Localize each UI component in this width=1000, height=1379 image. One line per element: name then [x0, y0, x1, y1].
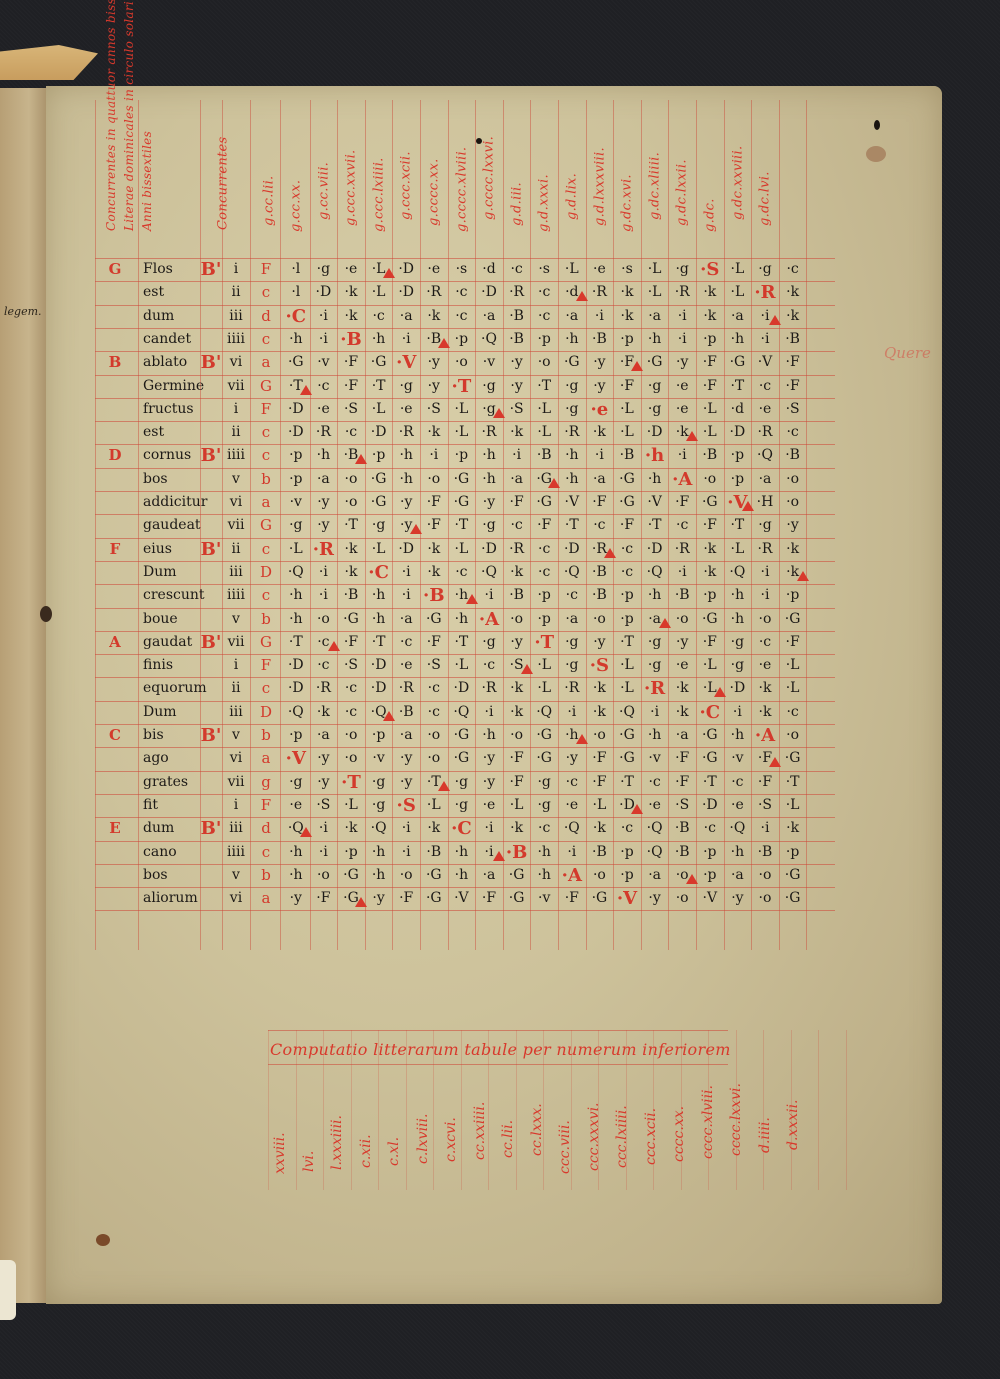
table-cell: ·S [779, 398, 807, 421]
table-cell: ·B [751, 841, 779, 864]
table-cell: ·k [337, 281, 365, 304]
concurrent-letter: F [252, 654, 280, 677]
footer-number-label: ccc.viii. [557, 1120, 573, 1174]
table-cell: ·o [448, 351, 476, 374]
footer-number-label: xxviii. [272, 1132, 288, 1174]
table-cell: ·L [448, 538, 476, 561]
table-cell: ·T [613, 771, 641, 794]
column-header: g.dc.lvi. [754, 95, 776, 241]
table-row: crescuntiiiic·h·i·B·h·i·B·h·i·B·p·c·B·p·… [0, 584, 1000, 607]
mnemonic-word: ablato [143, 351, 203, 374]
bissextile-mark [200, 491, 222, 514]
table-cell: ·d [724, 398, 752, 421]
table-cell: ·k [503, 817, 531, 840]
dominical-letter [100, 468, 130, 491]
rubric-marker [659, 618, 671, 628]
concurrent-numeral: iiii [222, 328, 250, 351]
table-cell: ·y [310, 747, 338, 770]
bissextile-mark [200, 514, 222, 537]
concurrent-numeral: vi [222, 351, 250, 374]
bissextile-mark [200, 771, 222, 794]
footer-number: lvi. [299, 1080, 319, 1188]
table-cell: ·c [448, 305, 476, 328]
table-cell: ·g [641, 654, 669, 677]
bissextile-mark [200, 887, 222, 910]
table-cell: ·g [448, 771, 476, 794]
table-row: bouevb·h·o·G·h·a·G·h·A·o·p·a·o·p·a·o·G·h… [0, 608, 1000, 631]
table-row: DumiiiD·Q·k·c·Q·B·c·Q·i·k·Q·i·k·Q·i·k·C·… [0, 701, 1000, 724]
table-cell: ·g [751, 514, 779, 537]
table-cell: ·g [751, 258, 779, 281]
table-cell: ·g [558, 654, 586, 677]
column-header-label: g.ccc.xcii. [399, 151, 414, 220]
table-cell: ·h [310, 444, 338, 467]
table-cell: ·k [310, 701, 338, 724]
dominical-letter [100, 771, 130, 794]
table-cell: ·e [558, 794, 586, 817]
table-cell: ·y [586, 631, 614, 654]
table-cell: ·y [641, 887, 669, 910]
table-cell: ·k [503, 701, 531, 724]
dominical-letter [100, 584, 130, 607]
table-cell: ·B [337, 328, 365, 351]
table-cell: ·g [365, 514, 393, 537]
table-cell: ·a [724, 864, 752, 887]
table-row: fructusiF·D·e·S·L·e·S·L·g·S·L·g·e·L·g·e·… [0, 398, 1000, 421]
column-header: g.ccc.xcii. [395, 95, 417, 235]
table-cell: ·Q [724, 561, 752, 584]
table-cell: ·R [586, 281, 614, 304]
table-cell: ·Q [475, 328, 503, 351]
table-cell: ·B [668, 584, 696, 607]
table-cell: ·p [530, 584, 558, 607]
dominical-letter [100, 398, 130, 421]
table-cell: ·Q [641, 817, 669, 840]
table-cell: ·h [641, 444, 669, 467]
table-cell: ·h [641, 468, 669, 491]
table-cell: ·Q [724, 817, 752, 840]
column-header: g.cc.xx. [285, 95, 307, 247]
table-cell: ·L [448, 421, 476, 444]
table-cell: ·D [558, 538, 586, 561]
rubric-marker [383, 711, 395, 721]
table-cell: ·p [613, 584, 641, 607]
table-cell: ·o [668, 608, 696, 631]
table-row: estiic·l·D·k·L·D·R·c·D·R·c·d·R·k·L·R·k·L… [0, 281, 1000, 304]
table-cell: ·h [365, 584, 393, 607]
concurrent-numeral: iiii [222, 841, 250, 864]
footer-number-label: ccc.lxiiii. [614, 1105, 630, 1168]
concurrent-numeral: iii [222, 305, 250, 328]
table-cell: ·B [392, 701, 420, 724]
table-cell: ·V [448, 887, 476, 910]
column-header: g.ccc.xxvii. [340, 95, 362, 241]
table-cell: ·T [724, 375, 752, 398]
table-cell: ·o [668, 887, 696, 910]
column-header-label: g.dc.xvi. [620, 174, 635, 232]
rubric-marker [576, 291, 588, 301]
table-cell: ·g [724, 654, 752, 677]
table-cell: ·e [751, 654, 779, 677]
table-cell: ·S [310, 794, 338, 817]
table-row: aliorumvia·y·F·G·y·F·G·V·F·G·v·F·G·V·y·o… [0, 887, 1000, 910]
footer-number-label: c.xcvi. [443, 1117, 459, 1162]
table-cell: ·R [392, 421, 420, 444]
table-cell: ·g [530, 794, 558, 817]
table-cell: ·e [282, 794, 310, 817]
grid-line-vertical [846, 1030, 847, 1190]
column-header-label: g.cccc.xlviii. [454, 147, 469, 232]
column-header-label: g.dc.xxviii. [730, 146, 745, 220]
concurrent-numeral: ii [222, 421, 250, 444]
mnemonic-word: equorum [143, 677, 203, 700]
table-cell: ·o [696, 468, 724, 491]
footer-number-label: c.xii. [358, 1134, 374, 1168]
table-cell: ·g [310, 258, 338, 281]
concurrent-letter: G [252, 631, 280, 654]
table-cell: ·L [779, 677, 807, 700]
dominical-letter [100, 375, 130, 398]
table-cell: ·o [337, 724, 365, 747]
concurrent-numeral: vi [222, 747, 250, 770]
table-cell: ·p [282, 724, 310, 747]
footer-number-label: c.xl. [386, 1137, 402, 1166]
table-cell: ·L [365, 538, 393, 561]
concurrent-letter: b [252, 608, 280, 631]
table-cell: ·D [392, 281, 420, 304]
table-cell: ·e [668, 375, 696, 398]
table-cell: ·i [724, 701, 752, 724]
bissextile-mark: B' [200, 444, 222, 467]
table-cell: ·g [365, 771, 393, 794]
table-row: finisiF·D·c·S·D·e·S·L·c·S·L·g·S·L·g·e·L·… [0, 654, 1000, 677]
table-cell: ·i [392, 328, 420, 351]
column-header-label: g.dc. [703, 198, 718, 232]
mnemonic-word: bos [143, 864, 203, 887]
table-cell: ·a [392, 724, 420, 747]
table-cell: ·k [420, 561, 448, 584]
concurrent-letter: d [252, 817, 280, 840]
concurrent-letter: b [252, 724, 280, 747]
table-cell: ·Q [365, 817, 393, 840]
table-cell: ·i [475, 584, 503, 607]
footer-number-label: d.iiii. [757, 1117, 773, 1153]
table-cell: ·p [779, 841, 807, 864]
table-cell: ·i [558, 701, 586, 724]
table-cell: ·D [365, 654, 393, 677]
table-cell: ·G [779, 608, 807, 631]
rubric-marker [631, 804, 643, 814]
table-cell: ·k [337, 305, 365, 328]
table-cell: ·L [586, 794, 614, 817]
table-cell: ·h [282, 584, 310, 607]
table-cell: ·G [365, 351, 393, 374]
table-cell: ·o [751, 608, 779, 631]
table-cell: ·o [337, 747, 365, 770]
table-cell: ·o [310, 608, 338, 631]
table-cell: ·L [530, 421, 558, 444]
table-cell: ·G [613, 747, 641, 770]
table-cell: ·G [337, 864, 365, 887]
table-cell: ·g [475, 514, 503, 537]
table-cell: ·a [503, 468, 531, 491]
table-cell: ·T [779, 771, 807, 794]
dominical-letter [100, 747, 130, 770]
table-cell: ·p [365, 444, 393, 467]
rubric-marker [355, 897, 367, 907]
table-cell: ·y [420, 351, 448, 374]
table-cell: ·c [310, 375, 338, 398]
table-cell: ·F [613, 375, 641, 398]
table-cell: ·i [751, 584, 779, 607]
table-cell: ·c [530, 281, 558, 304]
table-cell: ·L [724, 281, 752, 304]
concurrent-letter: F [252, 258, 280, 281]
table-cell: ·D [724, 421, 752, 444]
bissextile-mark: B' [200, 724, 222, 747]
footer-number-label: ccc.xcii. [643, 1108, 659, 1165]
table-cell: ·h [641, 584, 669, 607]
table-cell: ·k [503, 561, 531, 584]
table-cell: ·i [503, 444, 531, 467]
footer-number: c.xl. [384, 1080, 404, 1182]
table-cell: ·a [558, 608, 586, 631]
table-cell: ·G [420, 608, 448, 631]
table-cell: ·S [337, 654, 365, 677]
table-cell: ·a [310, 468, 338, 491]
concurrent-numeral: v [222, 864, 250, 887]
mnemonic-word: grates [143, 771, 203, 794]
table-cell: ·h [641, 724, 669, 747]
concurrent-letter: F [252, 398, 280, 421]
table-cell: ·G [337, 608, 365, 631]
table-cell: ·G [420, 864, 448, 887]
table-cell: ·c [448, 281, 476, 304]
column-header-label: g.dc.xliiii. [647, 152, 662, 220]
concurrent-letter: a [252, 351, 280, 374]
column-header-label: g.dc.lvi. [758, 171, 773, 226]
table-cell: ·i [751, 817, 779, 840]
table-cell: ·h [282, 608, 310, 631]
table-cell: ·i [668, 328, 696, 351]
table-cell: ·e [310, 398, 338, 421]
table-cell: ·Q [448, 701, 476, 724]
table-cell: ·h [365, 608, 393, 631]
table-cell: ·i [668, 305, 696, 328]
table-cell: ·G [530, 724, 558, 747]
table-cell: ·L [779, 794, 807, 817]
table-cell: ·G [420, 887, 448, 910]
bissextile-mark [200, 305, 222, 328]
table-cell: ·k [668, 701, 696, 724]
table-cell: ·h [530, 841, 558, 864]
mnemonic-word: eius [143, 538, 203, 561]
table-cell: ·k [668, 677, 696, 700]
table-cell: ·C [696, 701, 724, 724]
table-cell: ·G [448, 747, 476, 770]
concurrent-letter: c [252, 421, 280, 444]
table-cell: ·i [392, 584, 420, 607]
table-row: fitiF·e·S·L·g·S·L·g·e·L·g·e·L·D·e·S·D·e·… [0, 794, 1000, 817]
table-cell: ·a [751, 468, 779, 491]
table-cell: ·k [420, 538, 448, 561]
table-cell: ·D [696, 794, 724, 817]
table-cell: ·p [530, 608, 558, 631]
table-cell: ·L [365, 398, 393, 421]
table-cell: ·p [613, 841, 641, 864]
table-cell: ·o [586, 608, 614, 631]
table-cell: ·i [475, 701, 503, 724]
table-cell: ·B [530, 444, 558, 467]
column-header-label: g.cc.viii. [316, 162, 331, 220]
table-cell: ·L [282, 538, 310, 561]
rubric-marker [769, 315, 781, 325]
table-cell: ·g [282, 771, 310, 794]
table-cell: ·T [613, 631, 641, 654]
table-cell: ·i [751, 328, 779, 351]
table-cell: ·B [779, 444, 807, 467]
table-cell: ·R [475, 421, 503, 444]
table-cell: ·G [724, 351, 752, 374]
table-cell: ·a [668, 724, 696, 747]
column-header-label: g.cccc.lxxvi. [482, 136, 497, 220]
table-cell: ·v [724, 747, 752, 770]
table-cell: ·a [724, 305, 752, 328]
table-cell: ·R [558, 421, 586, 444]
table-cell: ·F [668, 771, 696, 794]
column-header-label: Concurrentes [216, 137, 231, 230]
table-cell: ·Q [475, 561, 503, 584]
table-cell: ·o [586, 724, 614, 747]
table-cell: ·y [392, 491, 420, 514]
table-cell: ·Q [613, 701, 641, 724]
table-cell: ·s [613, 258, 641, 281]
table-cell: ·Q [558, 817, 586, 840]
rubric-marker [769, 757, 781, 767]
table-cell: ·s [530, 258, 558, 281]
table-cell: ·L [613, 398, 641, 421]
table-cell: ·B [503, 841, 531, 864]
dominical-letter [100, 281, 130, 304]
table-cell: ·a [475, 305, 503, 328]
table-cell: ·c [558, 584, 586, 607]
concurrent-numeral: i [222, 398, 250, 421]
table-cell: ·L [365, 281, 393, 304]
footer-number: cc.xxiiii. [470, 1080, 490, 1176]
table-cell: ·o [530, 351, 558, 374]
left-page-tab [0, 1260, 16, 1320]
table-cell: ·y [392, 771, 420, 794]
concurrent-letter: a [252, 491, 280, 514]
concurrent-numeral: v [222, 608, 250, 631]
table-cell: ·c [503, 514, 531, 537]
rubric-marker [631, 361, 643, 371]
table-cell: ·y [503, 631, 531, 654]
table-cell: ·h [475, 724, 503, 747]
mnemonic-word: fructus [143, 398, 203, 421]
table-cell: ·L [724, 258, 752, 281]
table-cell: ·h [558, 444, 586, 467]
table-cell: ·p [779, 584, 807, 607]
concurrent-numeral: i [222, 258, 250, 281]
concurrent-numeral: iiii [222, 584, 250, 607]
concurrent-letter: c [252, 444, 280, 467]
table-cell: ·L [779, 654, 807, 677]
table-cell: ·B [503, 305, 531, 328]
table-cell: ·F [475, 887, 503, 910]
concurrent-letter: c [252, 677, 280, 700]
table-cell: ·L [530, 398, 558, 421]
table-cell: ·o [337, 491, 365, 514]
bissextile-mark [200, 561, 222, 584]
table-cell: ·G [365, 491, 393, 514]
table-cell: ·F [779, 375, 807, 398]
footer-number: cccc.xx. [669, 1080, 689, 1178]
table-cell: ·S [503, 398, 531, 421]
table-cell: ·T [724, 514, 752, 537]
table-cell: ·h [558, 468, 586, 491]
table-cell: ·F [558, 887, 586, 910]
table-cell: ·a [310, 724, 338, 747]
table-cell: ·c [641, 771, 669, 794]
table-cell: ·c [751, 631, 779, 654]
table-cell: ·T [282, 631, 310, 654]
table-cell: ·L [696, 398, 724, 421]
table-cell: ·Q [641, 561, 669, 584]
rubric-marker [686, 874, 698, 884]
table-cell: ·h [641, 328, 669, 351]
table-cell: ·k [751, 701, 779, 724]
table-cell: ·F [668, 491, 696, 514]
table-cell: ·h [365, 841, 393, 864]
concurrent-letter: F [252, 794, 280, 817]
table-row: DumiiiD·Q·i·k·C·i·k·c·Q·k·c·Q·B·c·Q·i·k·… [0, 561, 1000, 584]
table-cell: ·c [337, 677, 365, 700]
table-cell: ·D [724, 677, 752, 700]
footer-number: cc.lxxx. [527, 1080, 547, 1172]
table-cell: ·o [779, 468, 807, 491]
table-cell: ·y [503, 351, 531, 374]
footer-number-label: d.xxxii. [785, 1099, 801, 1150]
table-cell: ·G [696, 724, 724, 747]
rubric-marker [686, 431, 698, 441]
column-header-label: Concurrentes in quattuor annos bissextil… [104, 0, 118, 231]
rubric-marker [438, 338, 450, 348]
table-row: GFlosB'iF·l·g·e·L·D·e·s·d·c·s·L·e·s·L·g·… [0, 258, 1000, 281]
footer-number: d.xxxii. [783, 1080, 803, 1166]
table-cell: ·L [613, 654, 641, 677]
table-cell: ·A [668, 468, 696, 491]
table-cell: ·B [586, 328, 614, 351]
table-cell: ·Q [558, 561, 586, 584]
table-cell: ·p [337, 841, 365, 864]
table-cell: ·T [641, 514, 669, 537]
footer-number-label: cc.lxxx. [529, 1103, 545, 1156]
table-row: addiciturvia·v·y·o·G·y·F·G·y·F·G·V·F·G·V… [0, 491, 1000, 514]
table-cell: ·F [530, 514, 558, 537]
concurrent-letter: g [252, 771, 280, 794]
rubric-marker [410, 524, 422, 534]
table-cell: ·o [779, 491, 807, 514]
mnemonic-word: crescunt [143, 584, 203, 607]
table-cell: ·l [282, 258, 310, 281]
rubric-marker [493, 851, 505, 861]
footer-number-label: c.lxviii. [415, 1114, 431, 1164]
stain-mark [866, 146, 886, 162]
table-cell: ·R [668, 281, 696, 304]
table-cell: ·i [558, 841, 586, 864]
concurrent-numeral: i [222, 654, 250, 677]
